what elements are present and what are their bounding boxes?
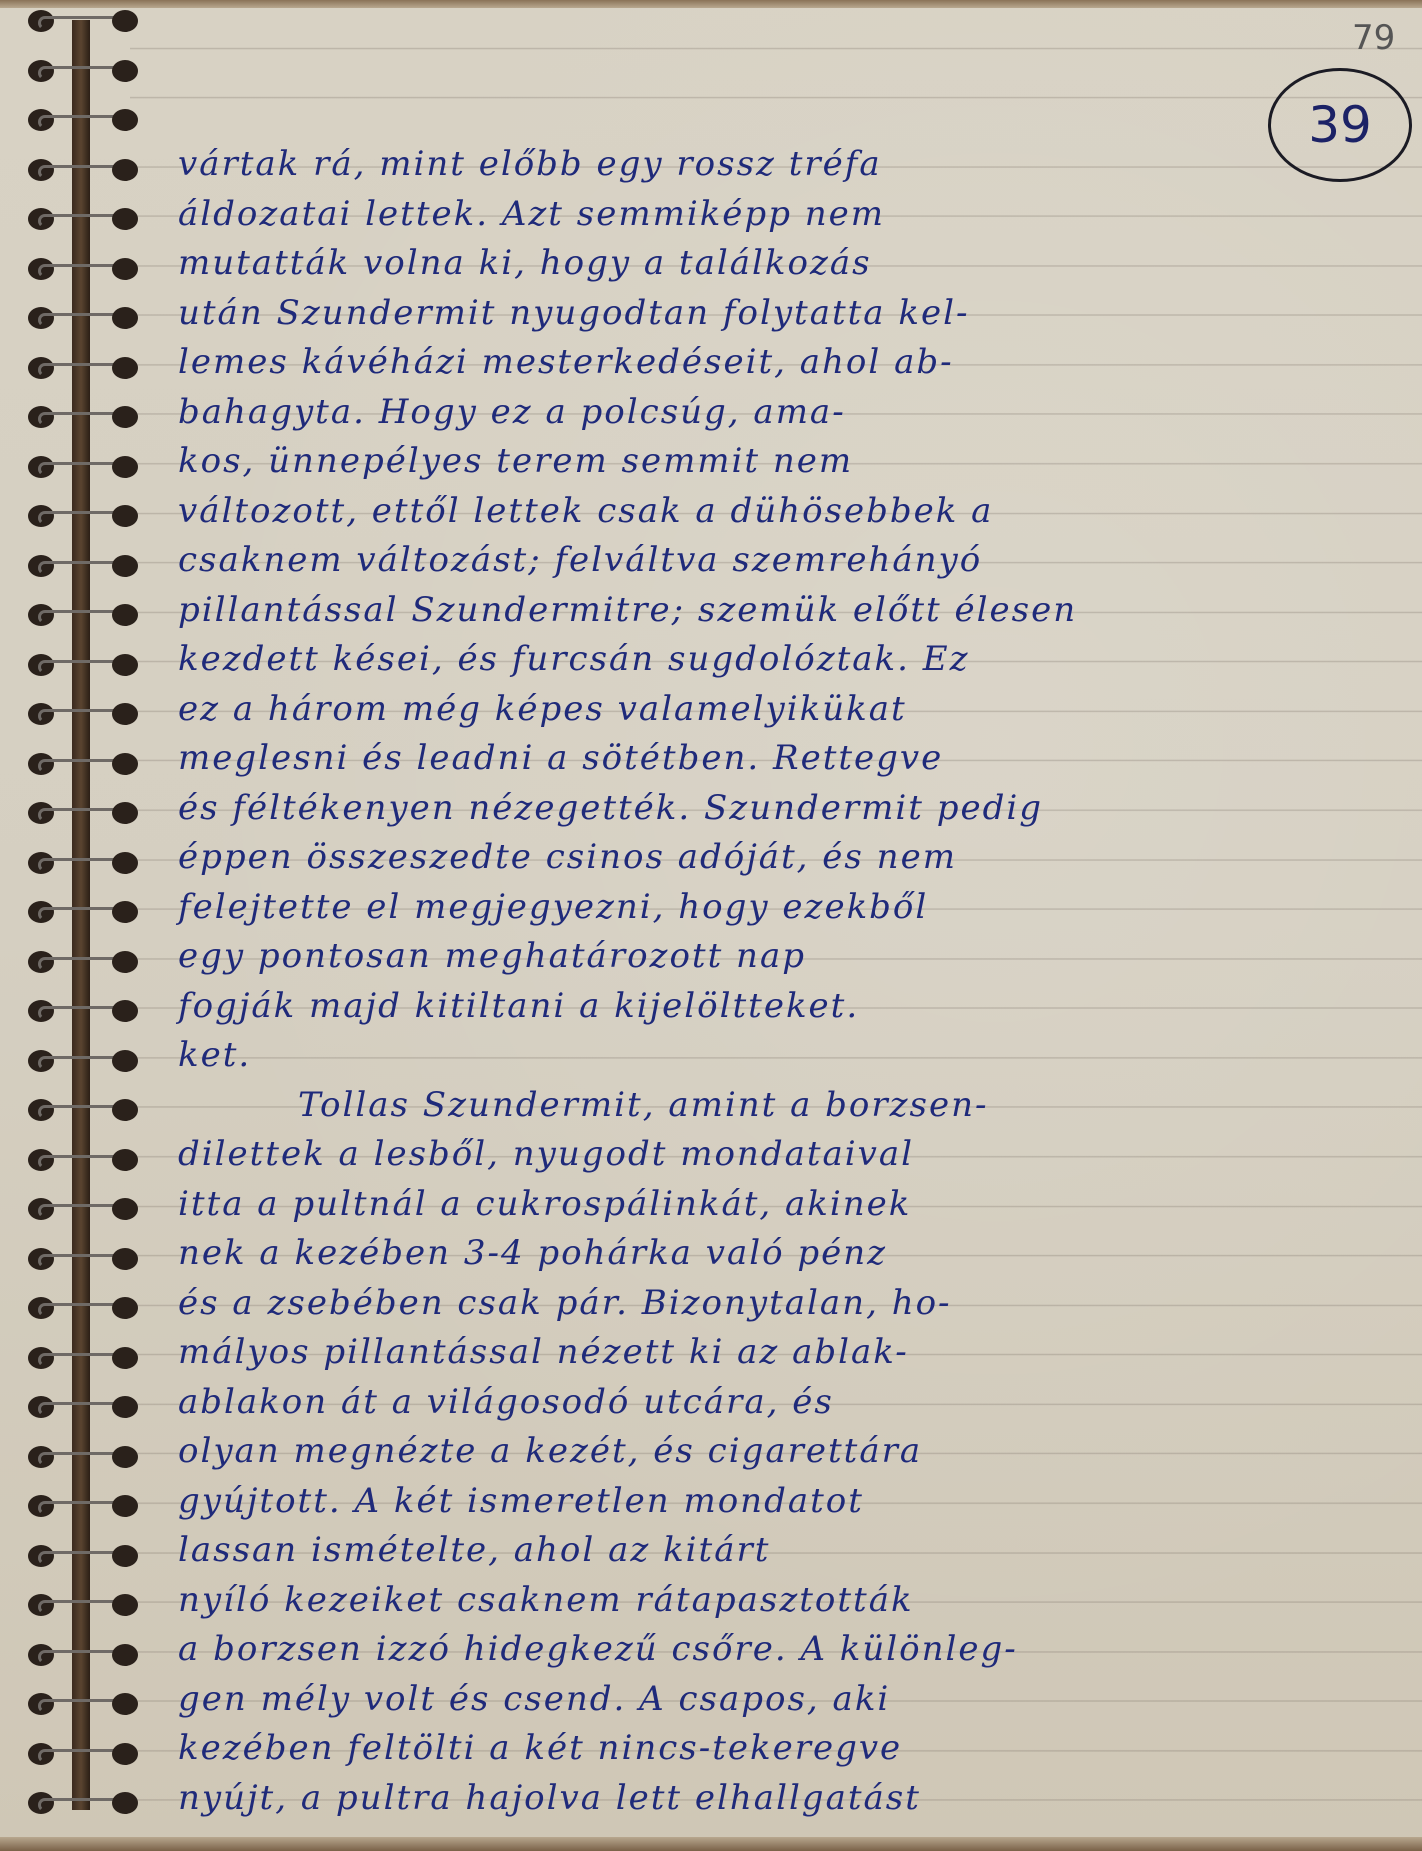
- spiral-ring: [28, 1347, 138, 1369]
- punch-hole: [112, 1693, 138, 1715]
- text-line: kezében feltölti a két nincs-tekeregve: [178, 1724, 1378, 1774]
- punch-hole: [112, 456, 138, 478]
- punch-hole: [112, 1149, 138, 1171]
- spiral-ring: [28, 1446, 138, 1468]
- punch-hole: [112, 258, 138, 280]
- spiral-ring: [28, 753, 138, 775]
- spiral-ring: [28, 555, 138, 577]
- text-line: kos, ünnepélyes terem semmit nem: [178, 437, 1378, 487]
- page-bottom-edge: [0, 1837, 1422, 1851]
- punch-hole: [112, 1594, 138, 1616]
- text-line: fogják majd kitiltani a kijelöltteket.: [178, 982, 1378, 1032]
- text-line: itta a pultnál a cukrospálinkát, akinek: [178, 1180, 1378, 1230]
- punch-hole: [112, 1347, 138, 1369]
- punch-hole: [112, 901, 138, 923]
- spiral-ring: [28, 654, 138, 676]
- text-line: gen mély volt és csend. A csapos, aki: [178, 1675, 1378, 1725]
- spiral-ring: [28, 802, 138, 824]
- punch-hole: [112, 555, 138, 577]
- spiral-ring: [28, 703, 138, 725]
- text-line-paragraph-start: Tollas Szundermit, amint a borzsen-: [178, 1081, 1378, 1131]
- punch-hole: [112, 406, 138, 428]
- punch-hole: [112, 703, 138, 725]
- pencil-page-number: 79: [1352, 18, 1395, 58]
- text-line: meglesni és leadni a sötétben. Rettegve: [178, 734, 1378, 784]
- punch-hole: [112, 951, 138, 973]
- text-line: felejtette el megjegyezni, hogy ezekből: [178, 883, 1378, 933]
- text-line: csaknem változást; felváltva szemrehányó: [178, 536, 1378, 586]
- spiral-ring: [28, 208, 138, 230]
- text-line: lassan ismételte, ahol az kitárt: [178, 1526, 1378, 1576]
- spiral-ring: [28, 1743, 138, 1765]
- spiral-ring: [28, 1594, 138, 1616]
- text-line: nyújt, a pultra hajolva lett elhallgatás…: [178, 1774, 1378, 1824]
- spiral-ring: [28, 852, 138, 874]
- text-line: ket.: [178, 1031, 1378, 1081]
- punch-hole: [112, 852, 138, 874]
- spiral-ring: [28, 951, 138, 973]
- spiral-ring: [28, 1545, 138, 1567]
- text-line: gyújtott. A két ismeretlen mondatot: [178, 1477, 1378, 1527]
- punch-hole: [112, 802, 138, 824]
- spiral-ring: [28, 60, 138, 82]
- punch-hole: [112, 1050, 138, 1072]
- text-line: mutatták volna ki, hogy a találkozás: [178, 239, 1378, 289]
- spiral-ring: [28, 10, 138, 32]
- text-line: után Szundermit nyugodtan folytatta kel-: [178, 289, 1378, 339]
- spiral-ring: [28, 604, 138, 626]
- text-line: vártak rá, mint előbb egy rossz tréfa: [178, 140, 1378, 190]
- punch-hole: [112, 1792, 138, 1814]
- text-line: dilettek a lesből, nyugodt mondataival: [178, 1130, 1378, 1180]
- punch-hole: [112, 753, 138, 775]
- text-line: változott, ettől lettek csak a dühösebbe…: [178, 487, 1378, 537]
- text-line: kezdett kései, és furcsán sugdolóztak. E…: [178, 635, 1378, 685]
- spiral-ring: [28, 1099, 138, 1121]
- spiral-ring: [28, 505, 138, 527]
- spiral-ring: [28, 1050, 138, 1072]
- spiral-ring: [28, 1644, 138, 1666]
- spiral-ring: [28, 357, 138, 379]
- punch-hole: [112, 357, 138, 379]
- punch-hole: [112, 654, 138, 676]
- spiral-ring: [28, 406, 138, 428]
- spiral-ring: [28, 1396, 138, 1418]
- punch-hole: [112, 604, 138, 626]
- text-line: olyan megnézte a kezét, és cigarettára: [178, 1427, 1378, 1477]
- text-line: és féltékenyen nézegették. Szundermit pe…: [178, 784, 1378, 834]
- handwritten-text: vártak rá, mint előbb egy rossz tréfa ál…: [178, 140, 1378, 1823]
- spiral-ring: [28, 307, 138, 329]
- punch-hole: [112, 1248, 138, 1270]
- spiral-ring: [28, 456, 138, 478]
- text-line: egy pontosan meghatározott nap: [178, 932, 1378, 982]
- text-line: bahagyta. Hogy ez a polcsúg, ama-: [178, 388, 1378, 438]
- text-line: éppen összeszedte csinos adóját, és nem: [178, 833, 1378, 883]
- spiral-ring: [28, 1792, 138, 1814]
- punch-hole: [112, 505, 138, 527]
- punch-hole: [112, 1198, 138, 1220]
- spiral-ring: [28, 1693, 138, 1715]
- punch-hole: [112, 109, 138, 131]
- punch-hole: [112, 1446, 138, 1468]
- punch-hole: [112, 1495, 138, 1517]
- text-line: nyíló kezeiket csaknem rátapasztották: [178, 1576, 1378, 1626]
- punch-hole: [112, 1297, 138, 1319]
- notebook-page: 79 39 vártak rá, mint előbb egy rossz tr…: [0, 0, 1422, 1851]
- text-line: a borzsen izzó hidegkezű csőre. A különl…: [178, 1625, 1378, 1675]
- text-line: lemes kávéházi mesterkedéseit, ahol ab-: [178, 338, 1378, 388]
- punch-hole: [112, 159, 138, 181]
- punch-hole: [112, 1545, 138, 1567]
- spiral-ring: [28, 159, 138, 181]
- punch-hole: [112, 60, 138, 82]
- spiral-ring: [28, 1149, 138, 1171]
- text-line: áldozatai lettek. Azt semmiképp nem: [178, 190, 1378, 240]
- punch-hole: [112, 307, 138, 329]
- punch-hole: [112, 208, 138, 230]
- spiral-ring: [28, 1248, 138, 1270]
- text-line: pillantással Szundermitre; szemük előtt …: [178, 586, 1378, 636]
- spiral-ring: [28, 1297, 138, 1319]
- spiral-ring: [28, 109, 138, 131]
- spiral-ring: [28, 901, 138, 923]
- text-line: és a zsebében csak pár. Bizonytalan, ho-: [178, 1279, 1378, 1329]
- spiral-ring: [28, 1000, 138, 1022]
- text-line: ez a három még képes valamelyikükat: [178, 685, 1378, 735]
- punch-hole: [112, 1396, 138, 1418]
- text-line: nek a kezében 3-4 pohárka való pénz: [178, 1229, 1378, 1279]
- text-line: mályos pillantással nézett ki az ablak-: [178, 1328, 1378, 1378]
- punch-hole: [112, 10, 138, 32]
- punch-hole: [112, 1644, 138, 1666]
- punch-hole: [112, 1099, 138, 1121]
- spiral-ring: [28, 1198, 138, 1220]
- punch-hole: [112, 1743, 138, 1765]
- spiral-ring: [28, 1495, 138, 1517]
- punch-hole: [112, 1000, 138, 1022]
- text-line: ablakon át a világosodó utcára, és: [178, 1378, 1378, 1428]
- spiral-ring: [28, 258, 138, 280]
